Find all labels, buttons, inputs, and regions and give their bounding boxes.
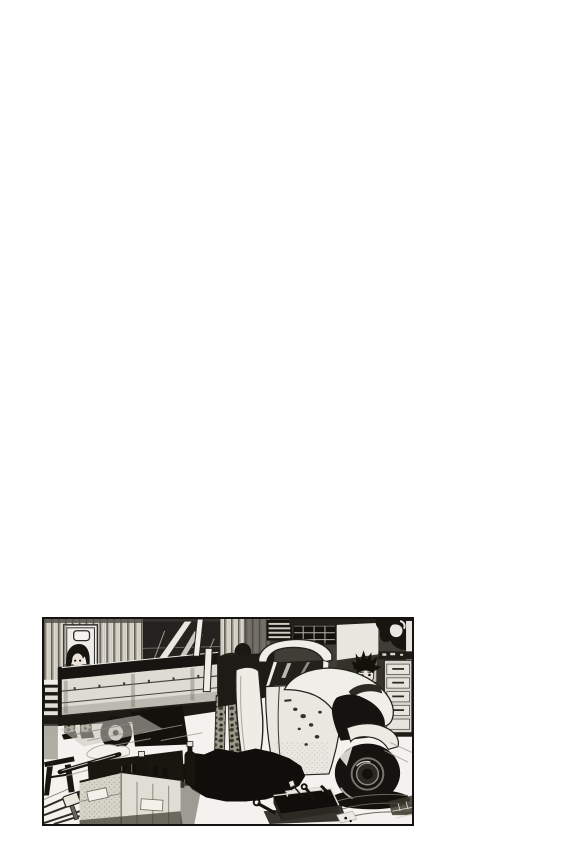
- wall-patch: [337, 623, 379, 660]
- page-background: [0, 0, 577, 847]
- crate-label: [141, 799, 163, 811]
- panel-illustration: [44, 619, 412, 824]
- face: [72, 653, 83, 667]
- door-window: [74, 631, 90, 641]
- louver-vent: [267, 620, 293, 641]
- manga-panel: [42, 617, 414, 826]
- bed-front-stake: [203, 648, 212, 691]
